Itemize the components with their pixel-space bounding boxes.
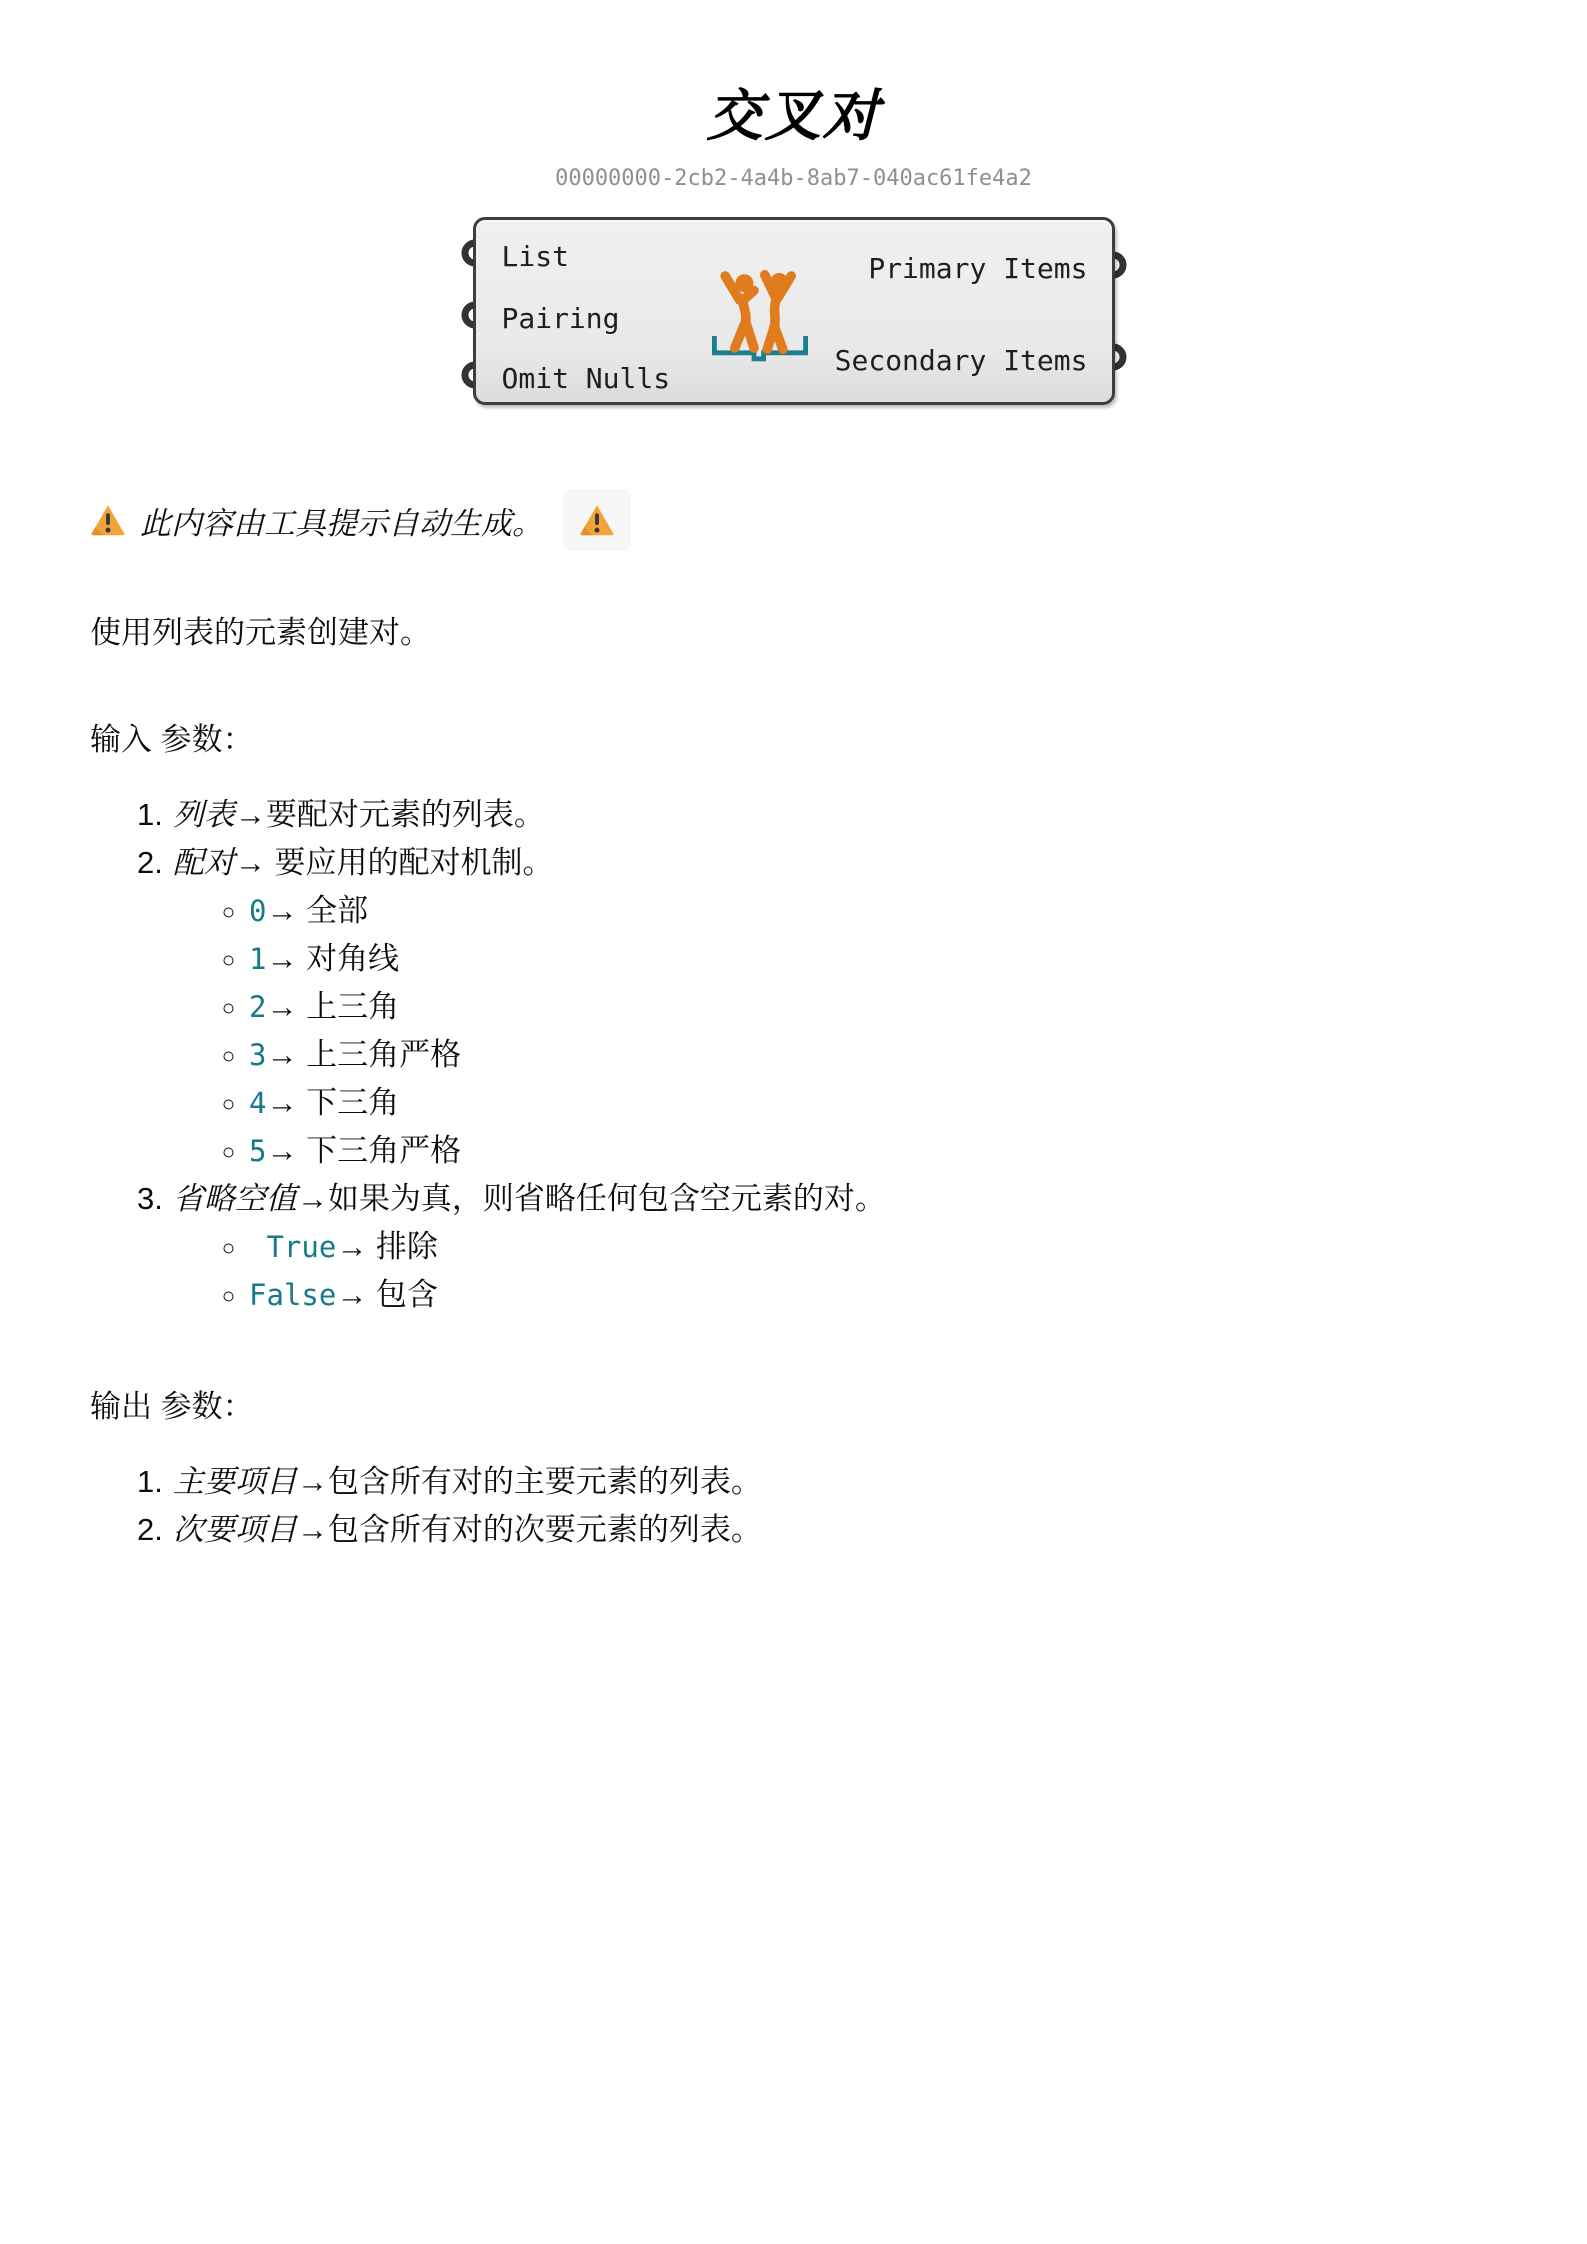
input-params-list: 1.列表→要配对元素的列表。 2.配对→ 要应用的配对机制。 0→ 全部 1→ … (90, 791, 1497, 1319)
pairing-options-list: 0→ 全部 1→ 对角线 2→ 上三角 3→ 上三角严格 4→ 下三角 5→ 下… (137, 887, 1497, 1175)
warning-icon (90, 503, 126, 537)
component-guid: 00000000-2cb2-4a4b-8ab7-040ac61fe4a2 (90, 166, 1497, 191)
param-item-list: 1.列表→要配对元素的列表。 (137, 791, 1497, 839)
option-item: True→ 排除 (249, 1223, 1497, 1271)
component-description: 使用列表的元素创建对。 (90, 607, 1497, 652)
option-item: 0→ 全部 (249, 887, 1497, 935)
param-description: →如果为真，则省略任何包含空元素的对。 (297, 1181, 886, 1216)
param-name: 配对 (173, 845, 235, 880)
param-name: 省略空值 (173, 1181, 297, 1216)
outputs-section-header: 输出 参数： (90, 1381, 1497, 1426)
param-description: →要配对元素的列表。 (235, 797, 545, 832)
option-item: 1→ 对角线 (249, 935, 1497, 983)
output-params-list: 1.主要项目→包含所有对的主要元素的列表。 2.次要项目→包含所有对的次要元素的… (90, 1458, 1497, 1554)
option-item: 3→ 上三角严格 (249, 1031, 1497, 1079)
warning-text: 此内容由工具提示自动生成。 (140, 498, 543, 543)
output-port-label: Secondary Items (835, 344, 1088, 377)
option-value: 5 (249, 1134, 266, 1168)
param-item-omit-nulls: 3.省略空值→如果为真，则省略任何包含空元素的对。 True→ 排除 False… (137, 1175, 1497, 1319)
input-port-label: Omit Nulls (502, 362, 671, 395)
warning-icon (579, 503, 615, 537)
param-number: 1. (137, 1464, 163, 1499)
warning-icon-box (563, 489, 631, 551)
param-name: 次要项目 (173, 1512, 297, 1547)
option-label: → 包含 (336, 1277, 438, 1312)
option-item: 5→ 下三角严格 (249, 1127, 1497, 1175)
component-diagram: List Pairing Omit Nulls Primary Items Se… (473, 217, 1115, 405)
doc-page: 交叉对 00000000-2cb2-4a4b-8ab7-040ac61fe4a2… (0, 72, 1587, 1554)
param-number: 2. (137, 845, 163, 880)
omit-nulls-options-list: True→ 排除 False→ 包含 (137, 1223, 1497, 1319)
option-label: → 对角线 (266, 941, 399, 976)
option-item: False→ 包含 (249, 1271, 1497, 1319)
option-label: → 全部 (266, 893, 368, 928)
cross-reference-dancers-icon (700, 264, 820, 384)
component-body: List Pairing Omit Nulls Primary Items Se… (473, 217, 1115, 405)
param-item-pairing: 2.配对→ 要应用的配对机制。 0→ 全部 1→ 对角线 2→ 上三角 3→ 上… (137, 839, 1497, 1175)
param-item-secondary-items: 2.次要项目→包含所有对的次要元素的列表。 (137, 1506, 1497, 1554)
option-label: → 上三角严格 (266, 1037, 461, 1072)
input-port-label: Pairing (502, 302, 620, 335)
param-number: 1. (137, 797, 163, 832)
option-item: 2→ 上三角 (249, 983, 1497, 1031)
option-label: → 下三角 (266, 1085, 399, 1120)
option-item: 4→ 下三角 (249, 1079, 1497, 1127)
param-name: 主要项目 (173, 1464, 297, 1499)
param-description: →包含所有对的主要元素的列表。 (297, 1464, 762, 1499)
option-value: 4 (249, 1086, 266, 1120)
inputs-section-header: 输入 参数： (90, 714, 1497, 759)
option-value: 0 (249, 894, 266, 928)
option-label: → 下三角严格 (266, 1133, 461, 1168)
param-number: 2. (137, 1512, 163, 1547)
option-value: False (249, 1278, 336, 1312)
auto-generated-warning: 此内容由工具提示自动生成。 (90, 489, 1497, 551)
option-value: 1 (249, 942, 266, 976)
option-value: True (249, 1230, 336, 1264)
param-number: 3. (137, 1181, 163, 1216)
page-title: 交叉对 (90, 72, 1497, 152)
option-label: → 排除 (336, 1229, 438, 1264)
option-value: 2 (249, 990, 266, 1024)
param-description: → 要应用的配对机制。 (235, 845, 554, 880)
param-name: 列表 (173, 797, 235, 832)
param-description: →包含所有对的次要元素的列表。 (297, 1512, 762, 1547)
input-port-label: List (502, 240, 569, 273)
output-port-label: Primary Items (868, 252, 1087, 285)
option-label: → 上三角 (266, 989, 399, 1024)
param-item-primary-items: 1.主要项目→包含所有对的主要元素的列表。 (137, 1458, 1497, 1506)
option-value: 3 (249, 1038, 266, 1072)
